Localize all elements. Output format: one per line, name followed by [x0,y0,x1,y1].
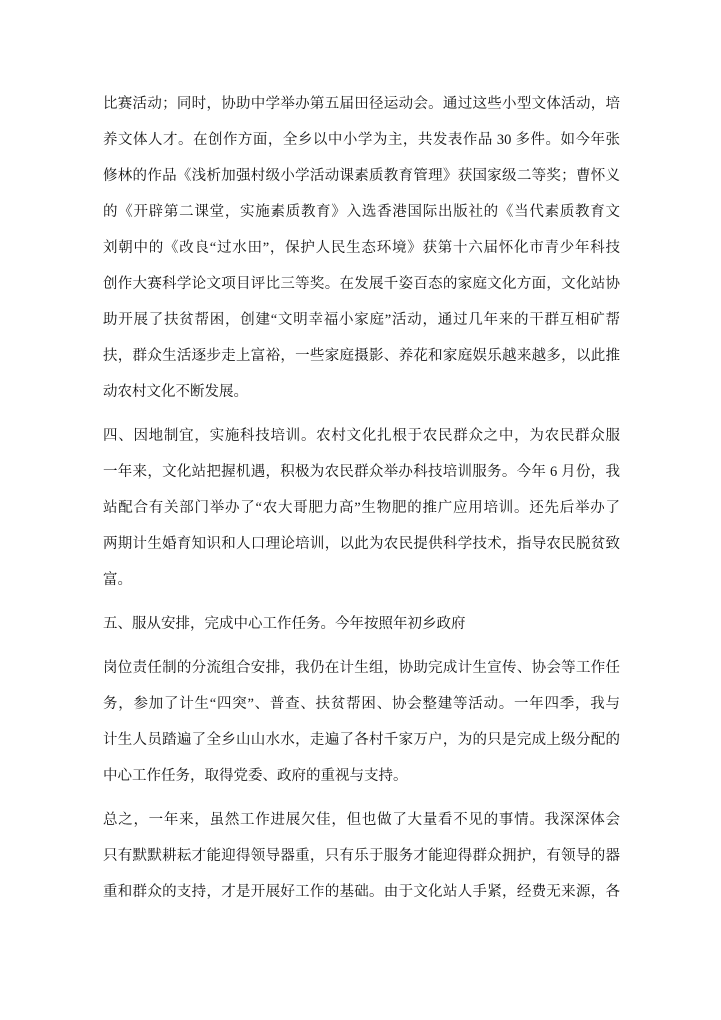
text-line: 动农村文化不断发展。 [103,374,620,410]
text-line: 的《开辟第二课堂，实施素质教育》入选香港国际出版社的《当代素质教育文集》； [103,194,620,230]
paragraph: 五、服从安排，完成中心工作任务。今年按照年初乡政府 [103,606,620,642]
text-line: 比赛活动；同时，协助中学举办第五届田径运动会。通过这些小型文体活动，培 [103,86,620,122]
text-line: 四、因地制宜，实施科技培训。农村文化扎根于农民群众之中，为农民群众服务。 [103,418,620,454]
text-line: 两期计生婚育知识和人口理论培训，以此为农民提供科学技术，指导农民脱贫致 [103,526,620,562]
text-line: 重和群众的支持，才是开展好工作的基础。由于文化站人手紧，经费无来源，各 [103,874,620,910]
text-line: 养文体人才。在创作方面，全乡以中小学为主，共发表作品 30 多件。如今年张 [103,122,620,158]
text-line: 务，参加了计生“四突”、普查、扶贫帮困、协会整建等活动。一年四季，我与 [103,686,620,722]
text-line: 只有默默耕耘才能迎得领导器重，只有乐于服务才能迎得群众拥护，有领导的器 [103,838,620,874]
paragraph: 岗位责任制的分流组合安排，我仍在计生组，协助完成计生宣传、协会等工作任务，参加了… [103,650,620,794]
text-line: 助开展了扶贫帮困，创建“文明幸福小家庭”活动，通过几年来的干群互相矿帮 [103,302,620,338]
text-line: 五、服从安排，完成中心工作任务。今年按照年初乡政府 [103,606,620,642]
text-line: 创作大赛科学论文项目评比三等奖。在发展千姿百态的家庭文化方面，文化站协 [103,266,620,302]
paragraph: 比赛活动；同时，协助中学举办第五届田径运动会。通过这些小型文体活动，培养文体人才… [103,86,620,410]
text-line: 修林的作品《浅析加强村级小学活动课素质教育管理》获国家级二等奖；曹怀义 [103,158,620,194]
text-line: 中心工作任务，取得党委、政府的重视与支持。 [103,758,620,794]
text-line: 站配合有关部门举办了“农大哥肥力高”生物肥的推广应用培训。还先后举办了 [103,490,620,526]
text-line: 计生人员踏遍了全乡山山水水，走遍了各村千家万户，为的只是完成上级分配的 [103,722,620,758]
text-line: 一年来，文化站把握机遇，积极为农民群众举办科技培训服务。今年 6 月份，我 [103,454,620,490]
text-line: 富。 [103,562,620,598]
text-line: 刘朝中的《改良“过水田”，保护人民生态环境》获第十六届怀化市青少年科技 [103,230,620,266]
document-page: 比赛活动；同时，协助中学举办第五届田径运动会。通过这些小型文体活动，培养文体人才… [0,0,721,1020]
document-body: 比赛活动；同时，协助中学举办第五届田径运动会。通过这些小型文体活动，培养文体人才… [103,86,620,918]
paragraph: 总之，一年来，虽然工作进展欠佳，但也做了大量看不见的事情。我深深体会到，只有默默… [103,802,620,910]
text-line: 扶，群众生活逐步走上富裕，一些家庭摄影、养花和家庭娱乐越来越多，以此推 [103,338,620,374]
text-line: 岗位责任制的分流组合安排，我仍在计生组，协助完成计生宣传、协会等工作任 [103,650,620,686]
paragraph: 四、因地制宜，实施科技培训。农村文化扎根于农民群众之中，为农民群众服务。一年来，… [103,418,620,598]
text-line: 总之，一年来，虽然工作进展欠佳，但也做了大量看不见的事情。我深深体会到， [103,802,620,838]
